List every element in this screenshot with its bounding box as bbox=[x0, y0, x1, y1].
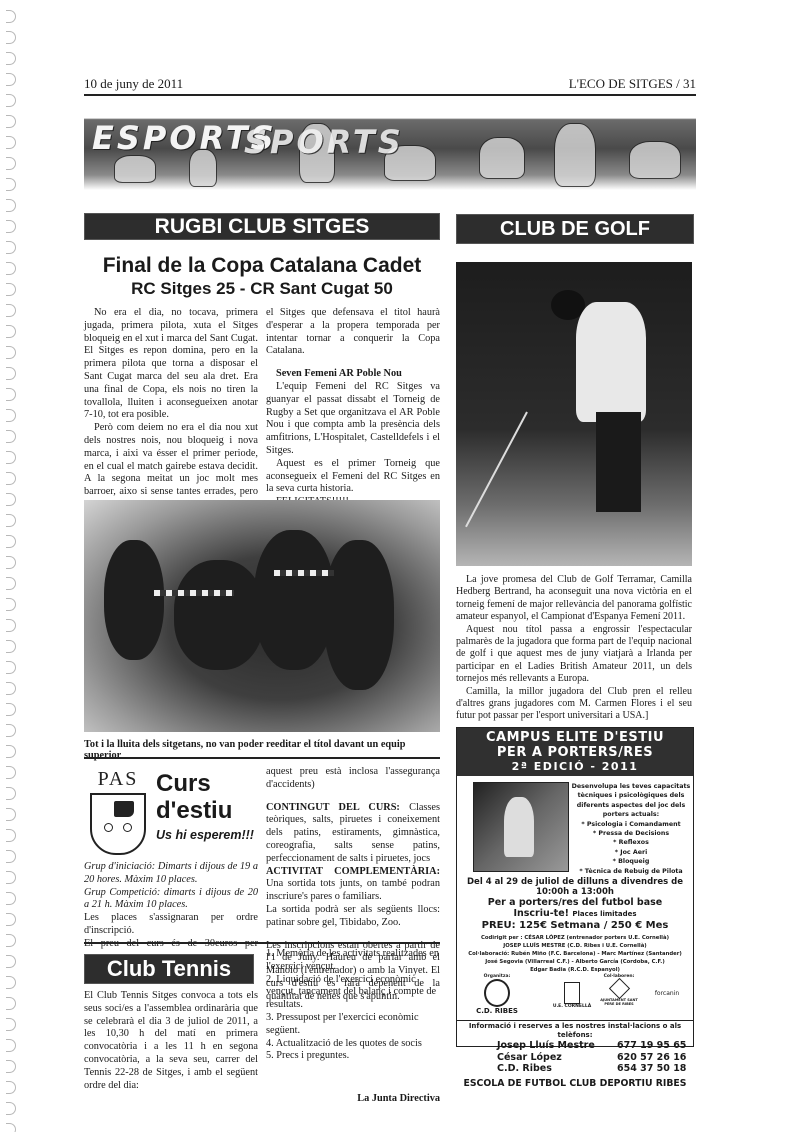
binder-hole-icon bbox=[6, 178, 16, 191]
binder-hole-icon bbox=[6, 934, 16, 947]
golfer-body bbox=[576, 302, 646, 422]
sports-banner: ESPORTS SPORTS bbox=[84, 115, 696, 190]
golf-paragraph: Camilla, la millor jugadora del Club pre… bbox=[456, 686, 692, 723]
binder-hole-icon bbox=[6, 556, 16, 569]
binder-hole-icon bbox=[6, 472, 16, 485]
binder-hole-icon bbox=[6, 1102, 16, 1115]
binder-hole-icon bbox=[6, 766, 16, 779]
binder-hole-icon bbox=[6, 724, 16, 737]
ue-cornella-logo: U.E. CORNELLÀ bbox=[547, 982, 597, 1009]
tennis-intro-text: El Club Tennis Sitges convoca a tots els… bbox=[84, 990, 258, 1092]
athlete-figure bbox=[554, 123, 596, 187]
ad-feature: * Reflexos bbox=[571, 838, 691, 847]
player-silhouette bbox=[174, 560, 264, 670]
binder-hole-icon bbox=[6, 325, 16, 338]
binder-hole-icon bbox=[6, 157, 16, 170]
rugby-sub-paragraph: L'equip Femeni del RC Sitges va guanyar … bbox=[266, 381, 440, 458]
binder-hole-icon bbox=[6, 640, 16, 653]
campus-advertisement: CAMPUS ELITE D'ESTIU PER A PORTERS/RES 2… bbox=[456, 727, 694, 1047]
binder-hole-icon bbox=[6, 10, 16, 23]
golf-paragraph: Aquest nou títol passa a engrossir l'esp… bbox=[456, 624, 692, 686]
binder-hole-icon bbox=[6, 451, 16, 464]
binder-hole-icon bbox=[6, 682, 16, 695]
ad-features-intro: Desenvolupa les teves capacitats tècniqu… bbox=[571, 782, 691, 820]
ad-signup: Inscriu-te! Places limitades bbox=[457, 908, 693, 920]
pas-outing: La sortida podrà ser als següents llocs:… bbox=[266, 904, 440, 930]
binder-hole-icon bbox=[6, 871, 16, 884]
binder-hole-icon bbox=[6, 367, 16, 380]
binder-hole-icon bbox=[6, 913, 16, 926]
binder-hole-icon bbox=[6, 787, 16, 800]
pas-group2: Grup Competició: dimarts i dijous de 20 … bbox=[84, 887, 258, 913]
rugby-subsection-title: Seven Femeni AR Poble Nou bbox=[266, 368, 440, 381]
ad-audience: Per a porters/res del futbol base bbox=[457, 897, 693, 908]
golf-club bbox=[465, 412, 528, 528]
contact-row: C.D. Ribes654 37 50 18 bbox=[457, 1063, 693, 1075]
contact-phone: 654 37 50 18 bbox=[617, 1063, 686, 1075]
binder-hole-icon bbox=[6, 94, 16, 107]
wheel-icon bbox=[104, 823, 113, 832]
ad-header: CAMPUS ELITE D'ESTIU PER A PORTERS/RES 2… bbox=[457, 728, 693, 776]
pas-logo: PAS bbox=[88, 768, 148, 850]
binder-hole-icon bbox=[6, 745, 16, 758]
agenda-item: 3. Pressupost per l'exercici econòmic se… bbox=[266, 1012, 440, 1038]
skate-icon bbox=[114, 801, 134, 817]
organizer-label: Organitza: bbox=[467, 974, 527, 979]
athlete-figure bbox=[629, 141, 681, 179]
goalkeeper-figure bbox=[504, 797, 534, 857]
ad-staff-line: Edgar Badia (R.C.D. Espanyol) bbox=[457, 966, 693, 974]
binder-hole-icon bbox=[6, 115, 16, 128]
binder-hole-icon bbox=[6, 409, 16, 422]
binder-hole-icon bbox=[6, 493, 16, 506]
contact-row: César López620 57 26 16 bbox=[457, 1052, 693, 1064]
player-silhouette bbox=[104, 540, 164, 660]
ad-sponsor-logos: Organitza: C.D. RIBES U.E. CORNELLÀ Col·… bbox=[457, 974, 693, 1021]
ad-body: Desenvolupa les teves capacitats tècniqu… bbox=[457, 776, 693, 878]
ad-title-line1: CAMPUS ELITE D'ESTIU bbox=[457, 730, 693, 745]
rugby-sub-paragraph: Aquest es el primer Torneig que aconsegu… bbox=[266, 458, 440, 496]
agenda-item: 2. Liquidació de l'exercici econòmic ven… bbox=[266, 974, 440, 1012]
ad-signup-note: Places limitades bbox=[572, 910, 636, 918]
contact-row: Josep Lluís Mestre677 19 95 65 bbox=[457, 1040, 693, 1052]
binder-hole-icon bbox=[6, 577, 16, 590]
pas-title-line1: Curs bbox=[156, 770, 232, 797]
tennis-intro: El Club Tennis Sitges convoca a tots els… bbox=[84, 990, 258, 1092]
athlete-figure bbox=[114, 155, 156, 183]
ad-feature: * Joc Aeri bbox=[571, 848, 691, 857]
binder-hole-icon bbox=[6, 304, 16, 317]
ad-feature: * Pressa de Decisions bbox=[571, 829, 691, 838]
banner-title-echo: SPORTS bbox=[244, 123, 404, 161]
ue-cornella-crest-icon bbox=[564, 982, 580, 1004]
rugby-headline: Final de la Copa Catalana Cadet bbox=[84, 254, 440, 278]
binder-hole-icon bbox=[6, 262, 16, 275]
binder-hole-icon bbox=[6, 598, 16, 611]
contact-name: César López bbox=[457, 1052, 617, 1064]
shield-icon bbox=[90, 793, 146, 855]
binder-hole-icon bbox=[6, 829, 16, 842]
binder-hole-icon bbox=[6, 1060, 16, 1073]
ad-feature: * Psicologia i Comandament bbox=[571, 820, 691, 829]
striped-jersey bbox=[274, 570, 334, 576]
ajuntament-logo: Col·laboren: AJUNTAMENT SANT PERE DE RIB… bbox=[597, 974, 641, 1006]
ad-staff-line: Codirigit per : CÉSAR LÓPEZ (entrenador … bbox=[457, 934, 693, 942]
ad-staff-line: JOSEP LLUÍS MESTRE (C.D. Ribes i U.E. Co… bbox=[457, 942, 693, 950]
binder-holes bbox=[0, 0, 22, 1132]
contact-name: Josep Lluís Mestre bbox=[457, 1040, 617, 1052]
player-silhouette bbox=[254, 530, 334, 670]
striped-jersey bbox=[154, 590, 234, 596]
binder-hole-icon bbox=[6, 535, 16, 548]
binder-hole-icon bbox=[6, 703, 16, 716]
binder-hole-icon bbox=[6, 1081, 16, 1094]
binder-hole-icon bbox=[6, 1039, 16, 1052]
contact-phone: 677 19 95 65 bbox=[617, 1040, 686, 1052]
pas-title-line2: d'estiu bbox=[156, 797, 232, 824]
binder-hole-icon bbox=[6, 619, 16, 632]
golf-paragraph: La jove promesa del Club de Golf Terrama… bbox=[456, 574, 692, 624]
agenda-item: 4. Actualització de les quotes de socis bbox=[266, 1038, 440, 1051]
forcanin-logo: forcanin bbox=[647, 990, 687, 997]
rugby-subheadline: RC Sitges 25 - CR Sant Cugat 50 bbox=[84, 279, 440, 299]
pas-activity-label: ACTIVITAT COMPLEMENTÀRIA: bbox=[266, 866, 440, 877]
organizer-logo: Organitza: C.D. RIBES bbox=[467, 974, 527, 1015]
publication-page: L'ECO DE SITGES / 31 bbox=[569, 76, 696, 92]
binder-hole-icon bbox=[6, 1018, 16, 1031]
pas-price: El preu del curs és de 30euros per patin… bbox=[84, 938, 258, 951]
player-silhouette bbox=[324, 540, 394, 690]
rugby-paragraph: No era el dia, no tocava, primera jugada… bbox=[84, 307, 258, 422]
ad-dates: Del 4 al 29 de juliol de dilluns a diven… bbox=[457, 878, 693, 897]
pas-tagline: Us hi esperem!!! bbox=[156, 828, 254, 842]
binder-hole-icon bbox=[6, 892, 16, 905]
binder-hole-icon bbox=[6, 199, 16, 212]
divider bbox=[84, 942, 440, 944]
divider bbox=[84, 757, 440, 759]
rugby-scrum-photo bbox=[84, 500, 440, 732]
ad-staff: Codirigit per : CÉSAR LÓPEZ (entrenador … bbox=[457, 934, 693, 974]
binder-hole-icon bbox=[6, 808, 16, 821]
ad-title-line2: PER A PORTERS/RES bbox=[457, 745, 693, 760]
binder-hole-icon bbox=[6, 976, 16, 989]
golf-section-header: CLUB DE GOLF TERRAMAR bbox=[456, 214, 694, 244]
athlete-figure bbox=[479, 137, 525, 179]
ad-school-name: ESCOLA DE FUTBOL CLUB DEPORTIU RIBES bbox=[457, 1078, 693, 1089]
pas-content: CONTINGUT DEL CURS: Classes teòriques, s… bbox=[266, 802, 440, 866]
pas-column-1: Grup d'iniciació: Dimarts i dijous de 19… bbox=[84, 861, 258, 951]
ad-price: PREU: 125€ Setmana / 250 € Mes bbox=[457, 920, 693, 932]
ad-features: Desenvolupa les teves capacitats tècniqu… bbox=[571, 782, 691, 876]
rugby-section-header: RUGBI CLUB SITGES bbox=[84, 213, 440, 240]
binder-hole-icon bbox=[6, 283, 16, 296]
ajuntament-crest-icon bbox=[608, 978, 629, 999]
binder-hole-icon bbox=[6, 850, 16, 863]
pas-content-label: CONTINGUT DEL CURS: bbox=[266, 802, 400, 813]
binder-hole-icon bbox=[6, 31, 16, 44]
agenda-item: 1. Memòria de les activitats realitzades… bbox=[266, 948, 440, 974]
ad-title-line3: 2ª EDICIÓ - 2011 bbox=[457, 760, 693, 773]
ad-feature: * Tècnica de Rebuig de Pilota bbox=[571, 867, 691, 876]
rugby-paragraph: el Sitges que defensava el titol haurà d… bbox=[266, 307, 440, 358]
ad-contacts: Josep Lluís Mestre677 19 95 65 César Lóp… bbox=[457, 1040, 693, 1075]
ad-info: Informació i reserves a les nostres inst… bbox=[457, 1022, 693, 1040]
binder-hole-icon bbox=[6, 52, 16, 65]
wheel-icon bbox=[123, 823, 132, 832]
tennis-section-header: Club Tennis Sitges bbox=[84, 954, 254, 984]
ad-staff-line: José Segovia (Villarreal C.F.) - Alberto… bbox=[457, 958, 693, 966]
cd-ribes-crest-icon bbox=[484, 979, 510, 1007]
collaborator-name: U.E. CORNELLÀ bbox=[547, 1004, 597, 1009]
golfer-legs bbox=[596, 412, 641, 512]
contact-name: C.D. Ribes bbox=[457, 1063, 617, 1075]
binder-hole-icon bbox=[6, 955, 16, 968]
binder-hole-icon bbox=[6, 430, 16, 443]
binder-hole-icon bbox=[6, 346, 16, 359]
binder-hole-icon bbox=[6, 514, 16, 527]
golf-player-photo bbox=[456, 262, 692, 566]
tennis-agenda: 1. Memòria de les activitats realitzades… bbox=[266, 948, 440, 1106]
pas-logo-text: PAS bbox=[88, 768, 148, 791]
running-header: 10 de juny de 2011 L'ECO DE SITGES / 31 bbox=[84, 76, 696, 96]
binder-hole-icon bbox=[6, 241, 16, 254]
pas-activity: ACTIVITAT COMPLEMENTÀRIA: Una sortida to… bbox=[266, 866, 440, 904]
pas-activity-text: Una sortida tots junts, on també podran … bbox=[266, 878, 440, 902]
golf-article: La jove promesa del Club de Golf Terrama… bbox=[456, 574, 692, 723]
goalkeeper-photo bbox=[473, 782, 569, 872]
issue-date: 10 de juny de 2011 bbox=[84, 76, 183, 92]
ad-signup-label: Inscriu-te! bbox=[513, 908, 569, 919]
pas-group1: Grup d'iniciació: Dimarts i dijous de 19… bbox=[84, 861, 258, 887]
ad-staff-line: Col·laboració: Rubén Miño (F.C. Barcelon… bbox=[457, 950, 693, 958]
ad-feature: * Bloqueig bbox=[571, 857, 691, 866]
agenda-item: 5. Precs i preguntes. bbox=[266, 1050, 440, 1063]
pas-assign: Les places s'assignaran per ordre d'insc… bbox=[84, 912, 258, 938]
binder-hole-icon bbox=[6, 997, 16, 1010]
tennis-signature: La Junta Directiva bbox=[266, 1093, 440, 1106]
binder-hole-icon bbox=[6, 661, 16, 674]
binder-hole-icon bbox=[6, 136, 16, 149]
contact-phone: 620 57 26 16 bbox=[617, 1052, 686, 1064]
pas-price-cont: aquest preu està inclosa l'assegurança d… bbox=[266, 766, 440, 792]
binder-hole-icon bbox=[6, 1123, 16, 1132]
pas-title: Curs d'estiu bbox=[156, 770, 232, 824]
binder-hole-icon bbox=[6, 220, 16, 233]
binder-hole-icon bbox=[6, 388, 16, 401]
organizer-name: C.D. RIBES bbox=[467, 1007, 527, 1015]
binder-hole-icon bbox=[6, 73, 16, 86]
